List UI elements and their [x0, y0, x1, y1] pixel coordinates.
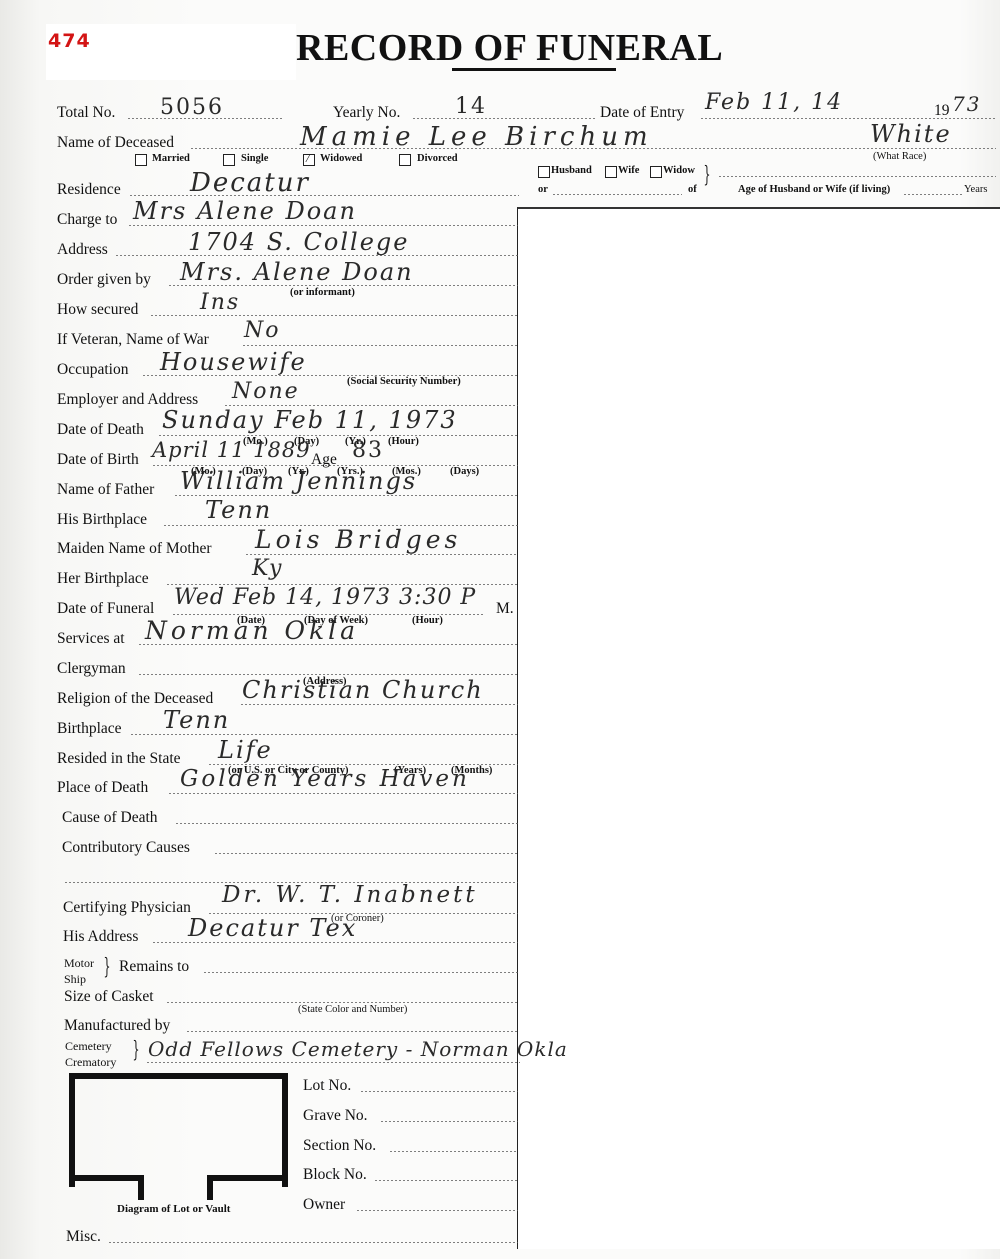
services-at-label: Services at: [57, 630, 125, 648]
remains-to-label: Remains to: [119, 958, 189, 976]
grave-no-line: [380, 1121, 518, 1122]
owner-line: [356, 1210, 518, 1211]
how-secured-line: [150, 315, 518, 316]
deceased-name-value[interactable]: Mamie Lee Birchum: [300, 122, 653, 152]
total-no-label: Total No.: [57, 104, 115, 122]
spouse-age-label: Age of Husband or Wife (if living): [738, 184, 890, 195]
mother-line: [245, 554, 518, 555]
his-address-label: His Address: [63, 928, 138, 946]
divorced-label: Divorced: [417, 153, 458, 164]
mother-value[interactable]: Lois Bridges: [255, 525, 461, 554]
birth-days-caption: (Days): [450, 466, 479, 477]
order-given-by-caption: (or informant): [290, 287, 355, 298]
owner-label: Owner: [303, 1196, 345, 1214]
father-value[interactable]: William Jennings: [180, 467, 417, 495]
charge-to-value[interactable]: Mrs Alene Doan: [133, 197, 357, 225]
wife-label: Wife: [618, 165, 639, 176]
brace-icon: }: [704, 163, 711, 188]
record-number-badge: 474: [46, 24, 296, 80]
residence-value[interactable]: Decatur: [190, 168, 310, 198]
age-value[interactable]: 83: [352, 438, 384, 463]
funeral-hour-caption: (Hour): [412, 615, 443, 626]
spouse-or-line: [552, 194, 682, 195]
brace-icon: }: [104, 955, 111, 980]
spouse-age-line: [903, 194, 963, 195]
address-label: Address: [57, 241, 108, 259]
misc-label: Misc.: [66, 1228, 101, 1246]
married-label: Married: [152, 153, 190, 164]
widow-label: Widow: [663, 165, 695, 176]
title-underline: [452, 68, 616, 71]
ship-label: Ship: [64, 972, 86, 987]
block-no-label: Block No.: [303, 1166, 367, 1184]
size-of-casket-label: Size of Casket: [64, 988, 154, 1006]
charge-to-label: Charge to: [57, 211, 117, 229]
lot-diagram-leg: [207, 1175, 213, 1200]
spouse-years-label: Years: [964, 184, 987, 195]
date-of-death-value[interactable]: Sunday Feb 11, 1973: [162, 406, 458, 434]
divorced-checkbox[interactable]: [399, 154, 411, 166]
diagram-caption: Diagram of Lot or Vault: [117, 1203, 230, 1215]
remains-to-line: [203, 972, 518, 973]
charge-to-line: [128, 225, 518, 226]
date-of-birth-label: Date of Birth: [57, 451, 139, 469]
block-no-line: [374, 1180, 518, 1181]
contributory-causes-label: Contributory Causes: [62, 839, 190, 857]
date-of-birth-value[interactable]: April 11 1889: [152, 438, 311, 462]
yearly-no-label: Yearly No.: [333, 104, 400, 122]
section-no-label: Section No.: [303, 1137, 376, 1155]
certifying-physician-value[interactable]: Dr. W. T. Inabnett: [222, 882, 478, 908]
certifying-physician-label: Certifying Physician: [63, 899, 191, 917]
spouse-or-label: or: [538, 184, 548, 195]
his-birthplace-label: His Birthplace: [57, 511, 147, 529]
residence-label: Residence: [57, 181, 121, 199]
clergyman-label: Clergyman: [57, 660, 126, 678]
place-of-death-label: Place of Death: [57, 779, 148, 797]
single-checkbox[interactable]: [223, 154, 235, 166]
total-no-value[interactable]: 5056: [160, 95, 224, 120]
services-at-value[interactable]: Norman Okla: [145, 616, 359, 645]
date-of-entry-line: [700, 118, 996, 119]
date-of-entry-value[interactable]: Feb 11, 14: [705, 90, 843, 115]
resided-label: Resided in the State: [57, 750, 181, 768]
yearly-no-value[interactable]: 14: [455, 94, 487, 119]
lot-no-line: [360, 1091, 518, 1092]
place-of-death-line: [168, 793, 518, 794]
cemetery-line: [146, 1062, 520, 1063]
birthplace-label: Birthplace: [57, 720, 122, 738]
funeral-record-page: 474 RECORD OF FUNERAL Total No. 5056 Yea…: [0, 0, 1000, 1259]
clergyman-line: [138, 674, 518, 675]
lot-no-label: Lot No.: [303, 1077, 351, 1095]
motor-label: Motor: [64, 956, 94, 971]
size-of-casket-caption: (State Color and Number): [298, 1004, 407, 1015]
her-birthplace-value[interactable]: Ky: [252, 556, 283, 581]
resided-value[interactable]: Life: [218, 736, 273, 764]
widowed-label: Widowed: [320, 153, 362, 164]
date-of-funeral-value[interactable]: Wed Feb 14, 1973 3:30 P: [174, 585, 476, 610]
occupation-value[interactable]: Housewife: [160, 348, 307, 376]
size-of-casket-line: [166, 1002, 518, 1003]
married-checkbox[interactable]: [135, 154, 147, 166]
crematory-label: Crematory: [65, 1055, 116, 1070]
section-no-line: [389, 1151, 518, 1152]
deceased-name-label: Name of Deceased: [57, 134, 174, 152]
veteran-value[interactable]: No: [244, 318, 281, 343]
cemetery-value[interactable]: Odd Fellows Cemetery - Norman Okla: [148, 1037, 568, 1061]
spouse-of-label: of: [688, 184, 697, 195]
order-given-by-value[interactable]: Mrs. Alene Doan: [180, 258, 414, 286]
father-label: Name of Father: [57, 481, 154, 499]
date-of-entry-year-prefix: 19: [934, 102, 950, 120]
her-birthplace-label: Her Birthplace: [57, 570, 149, 588]
occupation-label: Occupation: [57, 361, 128, 379]
how-secured-value[interactable]: Ins: [200, 290, 240, 315]
how-secured-label: How secured: [57, 301, 138, 319]
place-of-death-value[interactable]: Golden Years Haven: [180, 766, 470, 792]
grave-no-label: Grave No.: [303, 1107, 368, 1125]
his-birthplace-value[interactable]: Tenn: [205, 496, 272, 524]
lot-diagram-leg: [138, 1175, 144, 1200]
notes-area[interactable]: [517, 207, 1000, 1249]
occupation-caption: (Social Security Number): [347, 376, 461, 387]
date-of-death-line: [158, 435, 518, 436]
birthplace-line: [130, 734, 518, 735]
lot-diagram[interactable]: [69, 1073, 288, 1187]
cemetery-label: Cemetery: [65, 1039, 112, 1054]
religion-value[interactable]: Christian Church: [242, 676, 484, 704]
his-address-value[interactable]: Decatur Tex: [188, 914, 357, 942]
widow-checkbox[interactable]: [650, 166, 662, 178]
veteran-line: [242, 345, 518, 346]
mother-label: Maiden Name of Mother: [57, 540, 212, 558]
husband-label: Husband: [551, 165, 592, 176]
date-of-entry-label: Date of Entry: [600, 104, 684, 122]
spouse-line: [718, 176, 996, 177]
misc-line: [108, 1242, 518, 1243]
birthplace-value[interactable]: Tenn: [163, 706, 230, 734]
record-number: 474: [48, 30, 91, 52]
husband-checkbox[interactable]: [538, 166, 550, 178]
date-of-death-label: Date of Death: [57, 421, 144, 439]
date-of-funeral-suffix: M.: [496, 600, 514, 618]
religion-line: [240, 704, 518, 705]
wife-checkbox[interactable]: [605, 166, 617, 178]
employer-value[interactable]: None: [232, 379, 300, 404]
address-value[interactable]: 1704 S. College: [188, 228, 409, 256]
lot-diagram-edge: [69, 1175, 143, 1181]
race-value[interactable]: White: [870, 120, 952, 148]
widowed-checkbox[interactable]: [303, 154, 315, 166]
single-label: Single: [241, 153, 268, 164]
race-caption: (What Race): [873, 151, 926, 162]
manufactured-by-label: Manufactured by: [64, 1017, 170, 1035]
yearly-no-line: [412, 118, 597, 119]
residence-line: [129, 195, 519, 196]
cause-of-death-label: Cause of Death: [62, 809, 158, 827]
order-given-by-label: Order given by: [57, 271, 151, 289]
manufactured-by-line: [186, 1031, 518, 1032]
date-of-entry-year[interactable]: 73: [952, 92, 981, 116]
contributory-causes-line: [214, 853, 518, 854]
cause-of-death-line: [175, 823, 518, 824]
brace-icon: }: [133, 1038, 140, 1063]
page-title: RECORD OF FUNERAL: [296, 26, 723, 70]
lot-diagram-edge: [207, 1175, 282, 1181]
date-of-funeral-label: Date of Funeral: [57, 600, 154, 618]
his-address-line: [152, 942, 518, 943]
death-hour-caption: (Hour): [388, 436, 419, 447]
veteran-label: If Veteran, Name of War: [57, 331, 209, 349]
